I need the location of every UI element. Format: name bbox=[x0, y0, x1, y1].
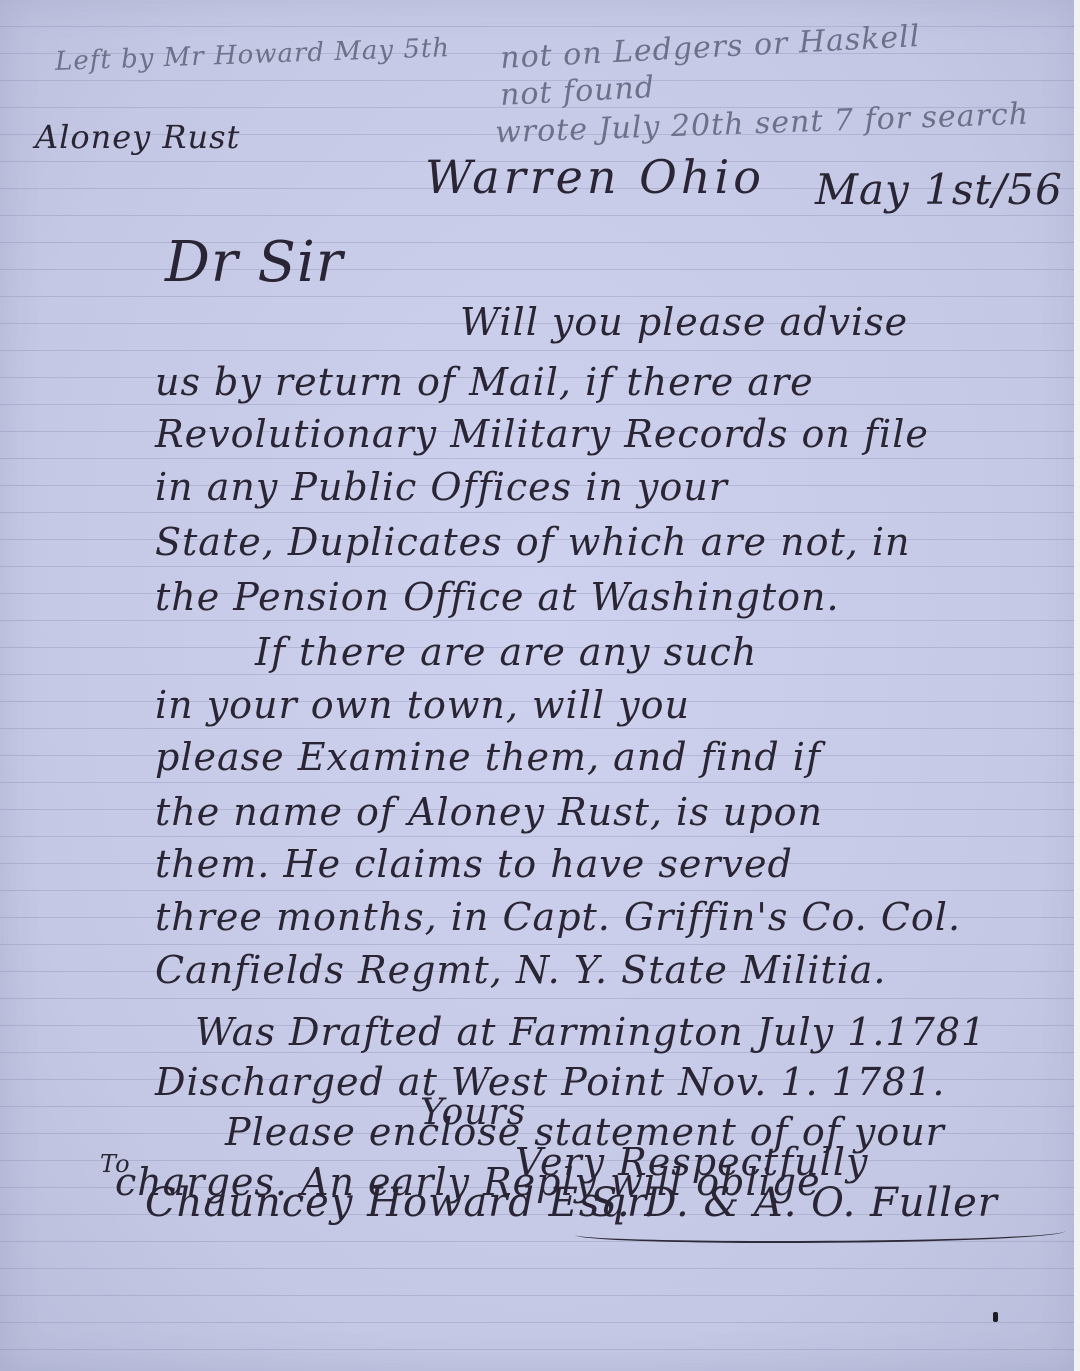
body-line: Please enclose statement of of your bbox=[225, 1110, 945, 1154]
body-line: please Examine them, and find if bbox=[155, 735, 821, 779]
body-line-with-name: the name of Aloney Rust, is upon bbox=[155, 790, 823, 834]
body-line: them. He claims to have served bbox=[155, 842, 793, 886]
body-line: State, Duplicates of which are not, in bbox=[155, 520, 911, 564]
dateline-place: Warren Ohio bbox=[425, 150, 765, 204]
body-line: us by return of Mail, if there are bbox=[155, 360, 814, 404]
pencil-note-left-by: Left by Mr Howard May 5th bbox=[55, 33, 451, 77]
pencil-note-ledgers: not on Ledgers or Haskell bbox=[499, 19, 921, 76]
body-line: If there are are any such bbox=[255, 630, 757, 674]
dateline-date: May 1st/56 bbox=[815, 165, 1063, 214]
body-line: Revolutionary Military Records on file bbox=[155, 412, 929, 456]
body-line: in any Public Offices in your bbox=[155, 465, 728, 509]
body-line: Was Drafted at Farmington July 1.1781 bbox=[195, 1010, 986, 1054]
pencil-note-not-found: not found bbox=[499, 70, 656, 113]
docket-name: Aloney Rust bbox=[35, 118, 240, 156]
body-line: Canfields Regmt, N. Y. State Militia. bbox=[155, 948, 887, 992]
body-line: the Pension Office at Washington. bbox=[155, 575, 840, 619]
letter-page: Left by Mr Howard May 5th not on Ledgers… bbox=[0, 0, 1080, 1371]
body-line: Discharged at West Point Nov. 1. 1781. bbox=[155, 1060, 945, 1104]
body-line: three months, in Capt. Griffin's Co. Col… bbox=[155, 895, 961, 939]
body-line: charges. An early Reply will oblige bbox=[115, 1160, 821, 1204]
salutation: Dr Sir bbox=[165, 230, 344, 295]
body-line: Will you please advise bbox=[460, 300, 908, 344]
body-line: in your own town, will you bbox=[155, 683, 690, 727]
